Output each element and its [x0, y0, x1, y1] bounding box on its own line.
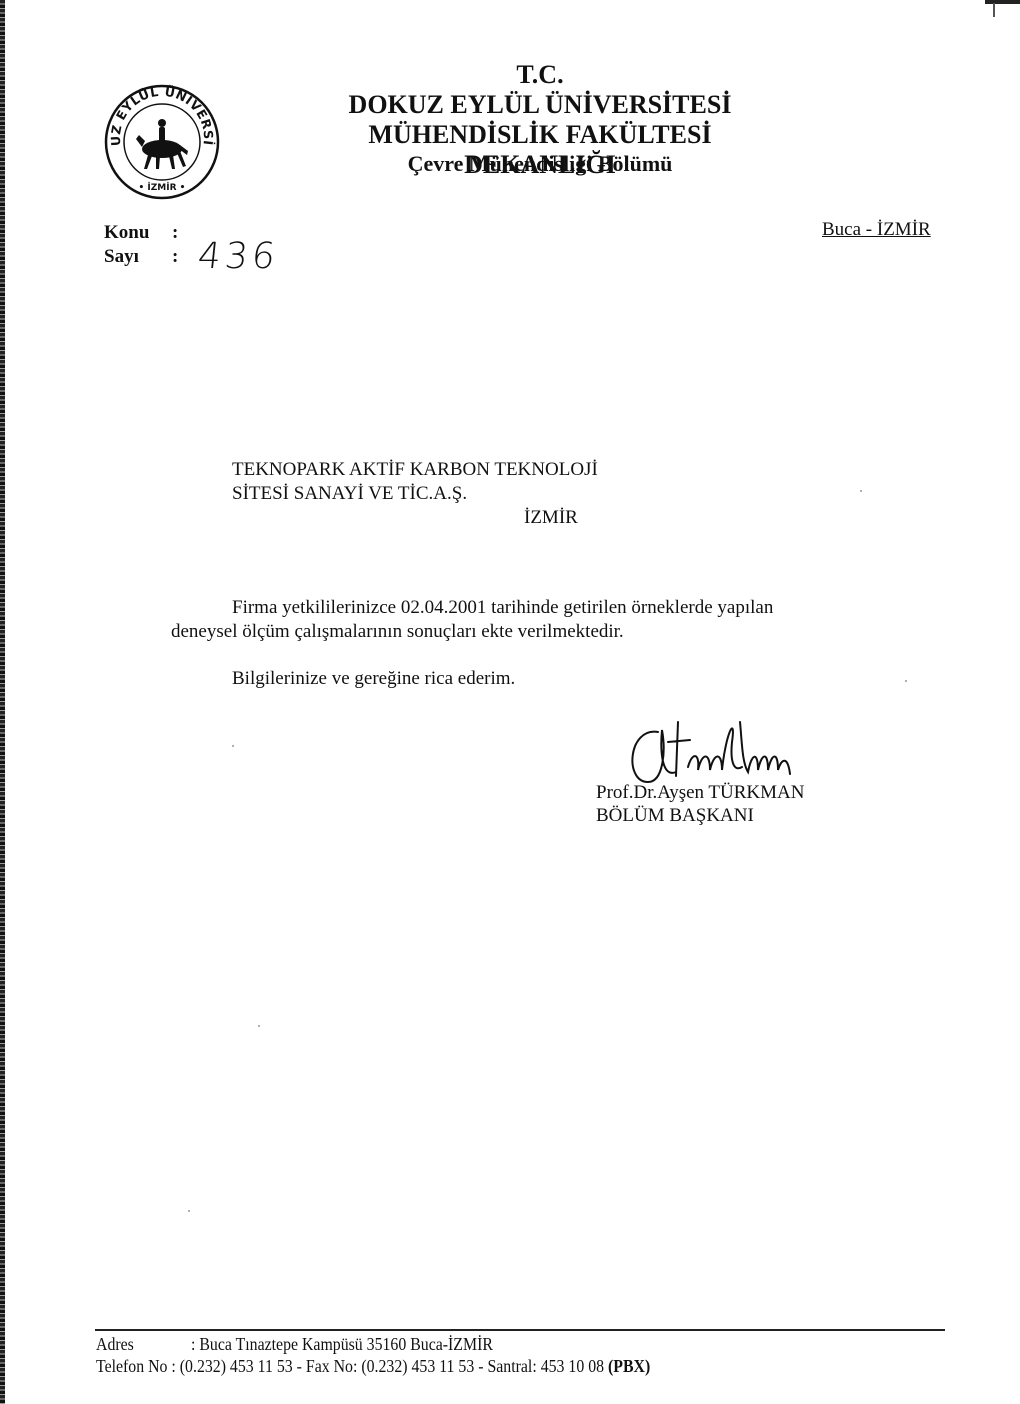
footer-address-value: : Buca Tınaztepe Kampüsü 35160 Buca-İZMİ…	[191, 1334, 493, 1355]
body-paragraph-1-line-1: Firma yetkililerinizce 02.04.2001 tarihi…	[232, 597, 773, 619]
footer-pbx: (PBX)	[608, 1356, 650, 1376]
signer-name: Prof.Dr.Ayşen TÜRKMAN	[596, 782, 805, 804]
recipient-city: İZMİR	[524, 507, 578, 529]
scan-speck	[232, 745, 234, 747]
letterhead-department: Çevre Mühendisliği Bölümü	[300, 151, 780, 177]
sayi-label: Sayı	[104, 246, 139, 268]
footer-contact-line: Telefon No : (0.232) 453 11 53 - Fax No:…	[96, 1356, 650, 1377]
svg-text:• İZMİR •: • İZMİR •	[139, 182, 186, 193]
scan-speck	[860, 490, 862, 492]
body-paragraph-2: Bilgilerinize ve gereğine rica ederim.	[232, 668, 515, 690]
handwritten-signature-icon	[618, 712, 828, 792]
footer-divider	[95, 1329, 945, 1331]
footer-phone-numbers: Telefon No : (0.232) 453 11 53 - Fax No:…	[96, 1356, 608, 1376]
sayi-value: 436	[196, 236, 281, 277]
signer-title: BÖLÜM BAŞKANI	[596, 805, 754, 827]
scan-edge-artifact	[0, 0, 5, 1404]
sayi-colon: :	[172, 246, 178, 268]
footer-address-label: Adres	[96, 1334, 134, 1355]
letterhead-line-tc: T.C.	[300, 60, 780, 90]
scan-speck	[188, 1210, 190, 1212]
recipient-line-2: SİTESİ SANAYİ VE TİC.A.Ş.	[232, 483, 467, 505]
letterhead-university: DOKUZ EYLÜL ÜNİVERSİTESİ	[300, 90, 780, 120]
university-seal-icon: DOKUZ EYLÜL ÜNİVERSİTESİ • İZMİR •	[103, 83, 221, 201]
body-paragraph-1-line-2: deneysel ölçüm çalışmalarının sonuçları …	[171, 621, 624, 643]
recipient-line-1: TEKNOPARK AKTİF KARBON TEKNOLOJİ	[232, 459, 598, 481]
scan-speck	[258, 1025, 260, 1027]
place-location: Buca - İZMİR	[822, 219, 931, 241]
scan-corner-artifact	[985, 0, 1020, 4]
scan-corner-artifact-tick	[993, 3, 995, 17]
scan-speck	[905, 680, 907, 682]
konu-colon: :	[172, 222, 178, 244]
konu-label: Konu	[104, 222, 149, 244]
